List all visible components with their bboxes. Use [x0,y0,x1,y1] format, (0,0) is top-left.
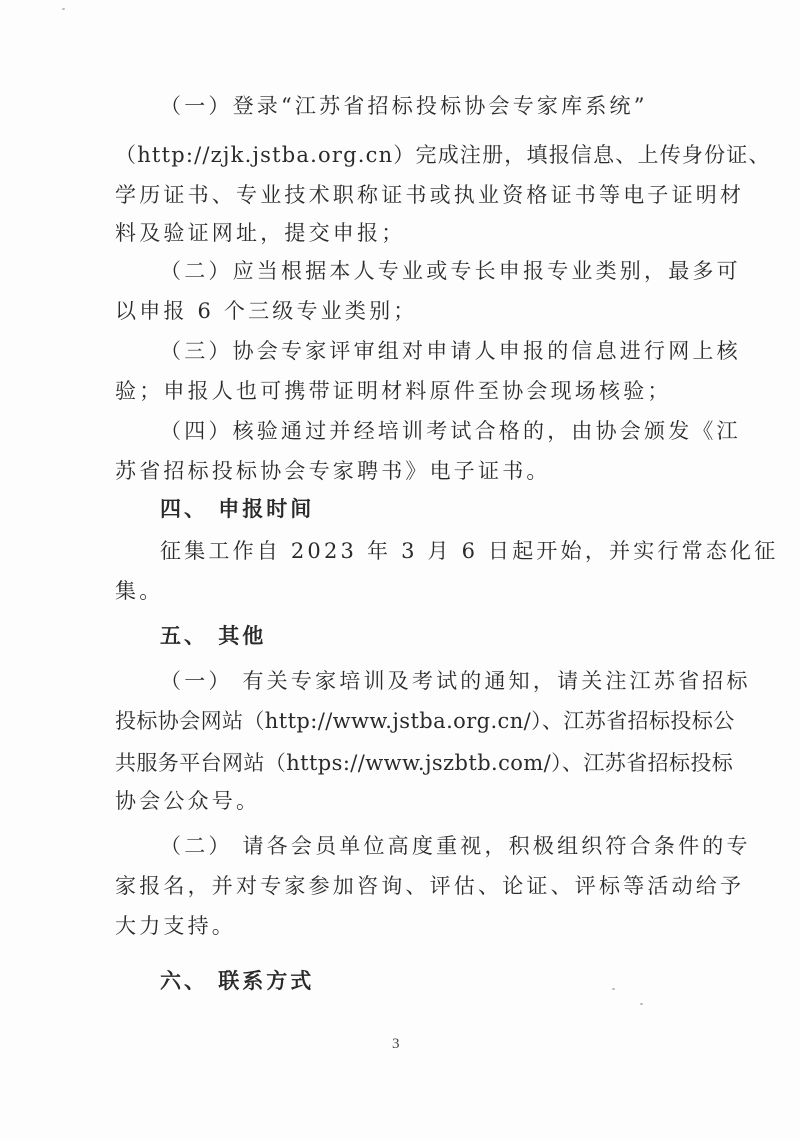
paragraph-line: 验；申报人也可携带证明材料原件至协会现场核验； [115,377,705,405]
section-heading-application-time: 四、 申报时间 [160,495,750,523]
paragraph-line: 投标协会网站（http://www.jstba.org.cn/）、江苏省招标投标… [115,707,705,735]
paragraph-line: 苏省招标投标协会专家聘书》电子证书。 [115,457,705,485]
paragraph-line: （三）协会专家评审组对申请人申报的信息进行网上核 [160,337,705,365]
paragraph-line: 征集工作自 2023 年 3 月 6 日起开始，并实行常态化征 [160,537,705,565]
paragraph-line: （二）应当根据本人专业或专长申报专业类别，最多可 [160,257,705,285]
paragraph-line: 大力支持。 [115,912,705,940]
paragraph-line: （四）核验通过并经培训考试合格的，由协会颁发《江 [160,417,705,445]
scan-speck [612,988,615,990]
paragraph-line: 集。 [115,577,705,605]
scan-speck [62,8,65,10]
paragraph-line: 以申报 6 个三级专业类别； [115,297,705,325]
page-number: 3 [392,1036,400,1053]
paragraph-line: 家报名，并对专家参加咨询、评估、论证、评标等活动给予 [115,872,705,900]
paragraph-line: （一）登录“江苏省招标投标协会专家库系统” [160,92,705,120]
paragraph-line: 共服务平台网站（https://www.jszbtb.com/）、江苏省招标投标 [115,749,705,777]
section-heading-contact: 六、 联系方式 [160,967,750,995]
paragraph-line: （二） 请各会员单位高度重视，积极组织符合条件的专 [160,832,705,860]
scan-speck [640,1003,643,1005]
paragraph-line: （http://zjk.jstba.org.cn）完成注册，填报信息、上传身份证… [115,141,705,169]
paragraph-line: （一） 有关专家培训及考试的通知，请关注江苏省招标 [160,667,705,695]
paragraph-line: 协会公众号。 [115,787,705,815]
paragraph-line: 学历证书、专业技术职称证书或执业资格证书等电子证明材 [115,181,705,209]
document-page: （一）登录“江苏省招标投标协会专家库系统” （http://zjk.jstba.… [0,0,800,1141]
paragraph-line: 料及验证网址，提交申报； [115,219,705,247]
section-heading-other: 五、 其他 [160,622,750,650]
